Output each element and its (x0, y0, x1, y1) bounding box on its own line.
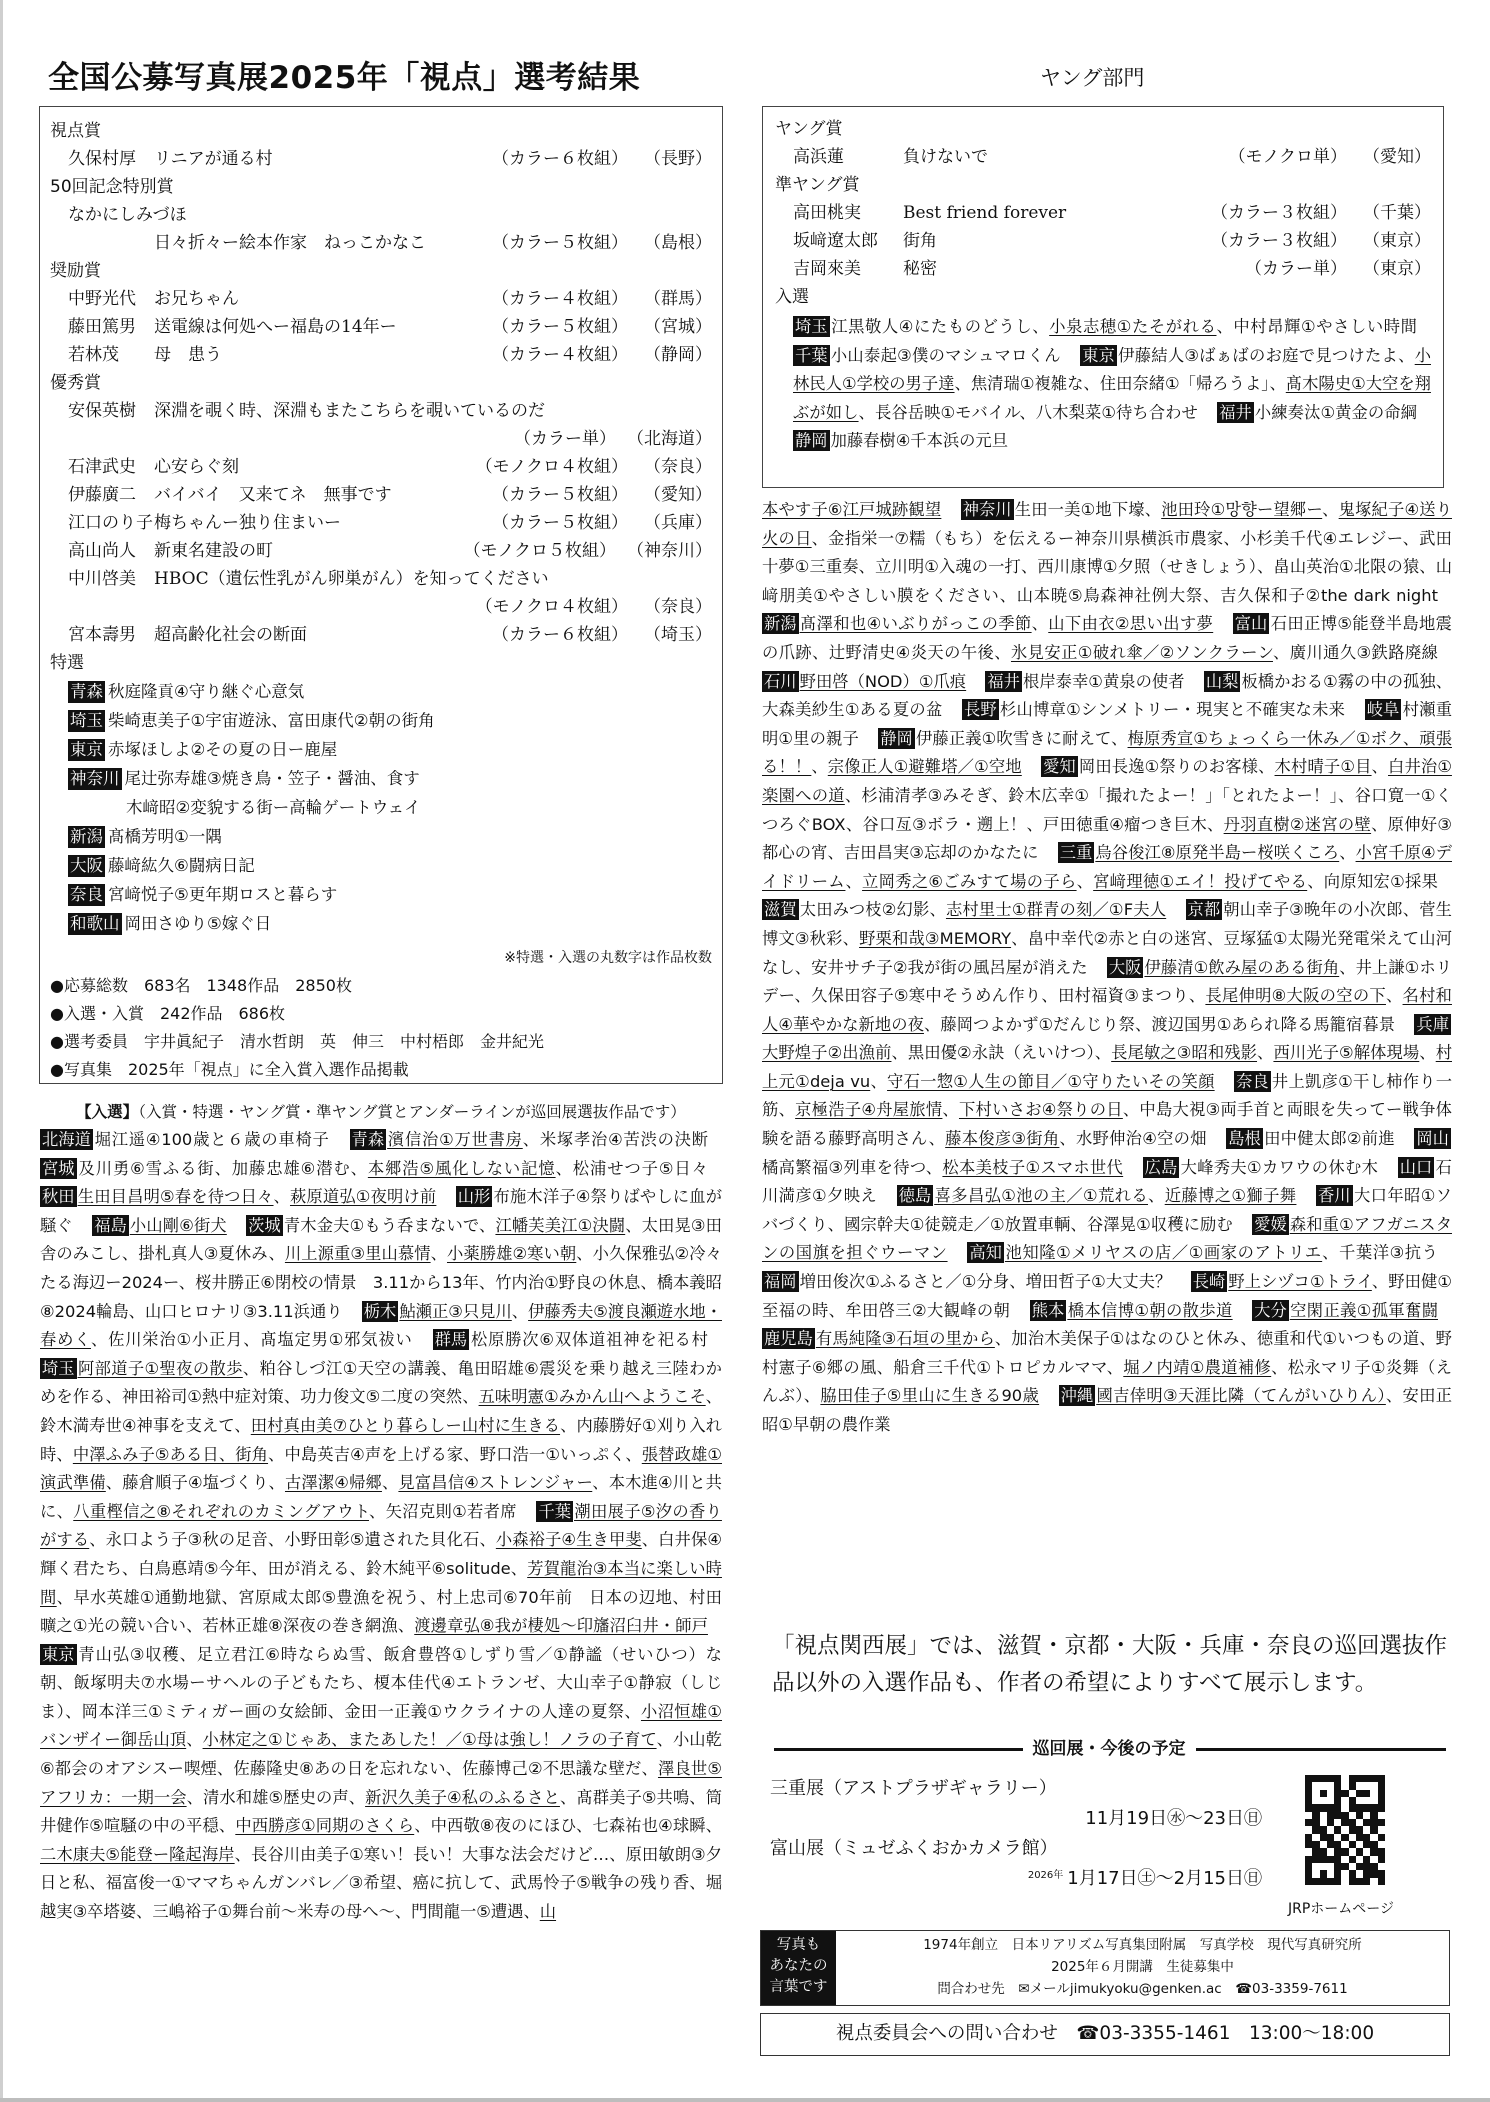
entry: 黒田優②永訣（えいけつ） (908, 1043, 1095, 1062)
separator: 、 (350, 1559, 366, 1578)
separator: 、 (1111, 729, 1127, 748)
separator: 、 (1240, 1329, 1256, 1348)
qr-module (1334, 1790, 1341, 1797)
entry: 牟田啓三②大観峰の朝 (845, 1301, 1010, 1320)
work-title: 秘密 (903, 255, 937, 283)
prefecture-tag: 埼玉 (40, 1358, 77, 1379)
prefecture-tag: 和歌山 (68, 913, 122, 935)
entrant-name: 高山尚人 (68, 537, 136, 565)
separator: 、 (106, 1473, 122, 1492)
entry-underlined: 髙澤和也④いぶりがっこの季節 (800, 614, 1032, 633)
entry: 水野伸治④空の畑 (1076, 1129, 1207, 1148)
qr-module (1334, 1870, 1341, 1877)
prefecture: （長野） (644, 145, 712, 173)
entry: 山本暁⑤鳥森神社例大祭 (1017, 586, 1203, 605)
separator: 、 (624, 1702, 641, 1721)
entry: 髙群美子⑤共鳴 (576, 1788, 689, 1807)
separator: 、 (395, 1902, 411, 1921)
separator: 、 (357, 1673, 374, 1692)
prefecture-tag: 沖縄 (1059, 1385, 1096, 1406)
work-title: 新東名建設の町 (154, 537, 273, 565)
separator: 、 (234, 1416, 250, 1435)
qr-module (1341, 1863, 1348, 1870)
work-format: （カラー４枚組） (492, 285, 628, 313)
entry: 鈴木広幸①「撮れたよー！」「とれたよー！」 (1008, 786, 1338, 805)
separator: 、 (870, 1072, 887, 1091)
entry-underlined: 伊藤清①飲み屋のある街角 (1144, 958, 1339, 977)
qr-module (1341, 1775, 1348, 1782)
entry: 中西敬⑧夜のにほひ (431, 1816, 576, 1835)
qr-module (1334, 1826, 1341, 1833)
separator: 、 (187, 1788, 203, 1807)
prefecture-tag: 長野 (962, 699, 999, 720)
entry: 佐藤博己②不思議な壁だ (462, 1759, 641, 1778)
entry-underlined: 山下由衣②思い出す夢 (1048, 614, 1213, 633)
entry: 小杉美千代④エレジー (1240, 529, 1403, 548)
qr-module (1378, 1841, 1385, 1848)
separator: 、 (1077, 872, 1094, 891)
separator: 、 (1009, 1272, 1025, 1291)
entry: 西川康博①夕照（せきしょう） (1037, 557, 1257, 576)
page-title: 全国公募写真展2025年「視点」選考結果 (48, 52, 640, 97)
entrant-name: なかにしみづほ (68, 201, 187, 229)
entry: 青木金夫①もう呑まないで (284, 1216, 479, 1235)
separator: 、 (642, 1530, 658, 1549)
badge-line: 言葉です (761, 1977, 836, 1998)
qr-module (1356, 1775, 1363, 1782)
qr-module (1320, 1797, 1327, 1804)
entry: 青山弘③収穫 (78, 1645, 180, 1664)
tour-venue-mie: 三重展（アストプラザギャラリー） (770, 1774, 1057, 1800)
separator: 、 (235, 1845, 251, 1864)
entry-underlined: 宮﨑理徳①エイ！投げてやる (1093, 872, 1307, 891)
tokusen-entry: 木﨑昭②変貌する街ー高輪ゲートウェイ (50, 793, 712, 822)
prefecture-tag: 山口 (1398, 1157, 1435, 1178)
tour-dates-toyama: 2026年1月17日㊏～2月15日㊐ (1028, 1864, 1262, 1890)
kansai-notice: 「視点関西展」では、滋賀・京都・大阪・兵庫・奈良の巡回選抜作品以外の入選作品も、… (772, 1628, 1462, 1702)
entry: 大森美紗生①ある夏の盆 (762, 700, 943, 719)
entry: 村上忠司⑥70年前 日本の辺地 (436, 1588, 672, 1607)
prefecture-group: 石川野田啓（NOD）①爪痕 (762, 672, 966, 691)
category-shiten-sho: 視点賞 (50, 117, 712, 145)
entry-underlined: 國吉倖明③天涯比隣（てんがいひりん） (1096, 1386, 1386, 1405)
qr-module (1356, 1826, 1363, 1833)
entry-underlined: 本やす子⑥江戸城跡観望 (762, 500, 941, 519)
entry: 矢沼克則①若者席 (386, 1502, 517, 1521)
separator: 、 (845, 872, 862, 891)
entry: 早水英雄①通勤地獄 (73, 1588, 221, 1607)
entry: 杉山博章①シンメトリー・現実と不確実な未来 (1000, 700, 1346, 719)
prefecture-group: 福岡増田俊次①ふるさと／①分身、増田哲子①大丈夫？ (762, 1272, 1171, 1291)
work-title: お兄ちゃん (154, 285, 239, 313)
prefecture-tag: 東京 (68, 739, 105, 761)
separator: 、 (243, 1330, 260, 1349)
entrant-name: 中川啓美 (68, 565, 136, 593)
separator: 、 (779, 1100, 796, 1119)
qr-module (1363, 1782, 1370, 1789)
entry: 三嶋裕子①舞台前～米寿の母へ～ (152, 1902, 395, 1921)
tokusen-entry: 奈良宮﨑悦子⑤更年期ロスと暮らす (50, 880, 712, 909)
entry: 米塚孝治④苦渋の決断 (540, 1130, 708, 1149)
qr-module (1349, 1790, 1356, 1797)
separator: 、 (1207, 815, 1224, 834)
prefecture-tag: 茨城 (246, 1215, 283, 1236)
separator: 、 (843, 929, 859, 948)
prefecture-group: 高知池知隆①メリヤスの店／①画家のアトリエ、千葉洋③抗う (967, 1243, 1438, 1262)
qr-module (1327, 1790, 1334, 1797)
prefecture: （奈良） (644, 593, 712, 621)
prefecture-tag: 新潟 (762, 613, 799, 634)
separator: 、 (706, 1387, 722, 1406)
nyusen-left-column: 【入選】（入賞・特選・ヤング賞・準ヤング賞とアンダーラインが巡回展選抜作品です）… (40, 1098, 722, 1927)
qr-module (1334, 1841, 1341, 1848)
entry-underlined: 小山剛⑥街犬 (130, 1216, 227, 1235)
entry: 田村福資③まつり (1058, 986, 1189, 1005)
tokusen-entry: 新潟髙橋芳明①一隅 (50, 822, 712, 851)
entry-underlined: 空閑正義①孤軍奮闘 (1290, 1301, 1438, 1320)
qr-module (1349, 1834, 1356, 1841)
entry: 渡辺国男①あられ降る馬籠宿暮景 (1151, 1015, 1395, 1034)
young-box: ヤング賞 高浜蓮 負けないで （モノクロ単） （愛知） 準ヤング賞 高田桃実 B… (762, 106, 1444, 488)
entry-underlined: 立岡秀之⑥ごみすて場の子ら (862, 872, 1077, 891)
qr-module (1349, 1826, 1356, 1833)
award-entry: 中川啓美 HBOC（遺伝性乳がん卵巣がん）を知ってください (50, 565, 712, 593)
entry-underlined: 西川光子⑤解体現場 (1273, 1043, 1419, 1062)
entry-underlined: 烏谷俊江⑧原発半島ー桜咲くころ (1095, 843, 1339, 862)
separator: 、 (1386, 1386, 1403, 1405)
prefecture-group: 徳島喜多昌弘①池の主／①荒れる、近藤博之①獅子舞 (897, 1186, 1297, 1205)
stats-list: ●応募総数 683名 1348作品 2850枚●入選・入賞 242作品 686枚… (50, 972, 712, 1084)
entry: 榎本佳代④エトランゼ (374, 1673, 540, 1692)
entry: 小野田彰⑤遺された貝化石 (284, 1530, 479, 1549)
qr-module (1334, 1782, 1341, 1789)
separator: 、 (89, 1873, 105, 1892)
entry-text: 宮﨑悦子⑤更年期ロスと暮らす (108, 885, 337, 904)
qr-module (1305, 1797, 1312, 1804)
qr-module (1327, 1819, 1334, 1826)
qr-module (1356, 1856, 1363, 1863)
prefecture-group: 北海道堀江遥④100歳と６歳の車椅子 (40, 1130, 330, 1149)
work-title: 日々折々ー絵本作家 ねっこかなこ (154, 229, 426, 257)
separator: 、 (89, 1530, 105, 1549)
separator: 、 (1339, 958, 1355, 977)
entry: 増田俊次①ふるさと／①分身 (800, 1272, 1010, 1291)
prefecture-tag: 大阪 (1107, 957, 1144, 978)
qr-module (1363, 1848, 1370, 1855)
separator: 、 (1083, 374, 1099, 393)
entry: 足立君江⑥時ならぬ雪 (197, 1645, 367, 1664)
prefecture-tag: 埼玉 (68, 710, 105, 732)
prefecture-group: 新潟髙澤和也④いぶりがっこの季節、山下由衣②思い出す夢 (762, 614, 1213, 633)
footnote: ※特選・入選の丸数字は作品枚数 (50, 944, 712, 972)
award-entry: 吉岡來美 秘密 （カラー単） （東京） (775, 255, 1431, 283)
prefecture-tag: 群馬 (433, 1329, 470, 1350)
entry: 向原知宏①採果 (1324, 872, 1438, 891)
entry: 功力俊文⑤二度の突然 (300, 1387, 462, 1406)
separator: 、 (955, 374, 971, 393)
separator: 、 (284, 1387, 300, 1406)
qr-module (1334, 1804, 1341, 1811)
entry: 立川明①入魂の一打 (875, 557, 1021, 576)
separator: 、 (1419, 1329, 1435, 1348)
separator: 、 (57, 1673, 74, 1692)
qr-module (1363, 1870, 1370, 1877)
qr-module (1378, 1797, 1385, 1804)
entry: 廣川通久③鉄路廃線 (1290, 643, 1438, 662)
qr-module (1312, 1856, 1319, 1863)
qr-module (1305, 1775, 1312, 1782)
separator: 、 (859, 557, 875, 576)
separator: 、 (1070, 1215, 1086, 1234)
separator: 、 (523, 1130, 540, 1149)
entry: 住田奈緒①「帰ろうよ」 (1100, 374, 1270, 393)
separator: 、 (829, 1301, 846, 1320)
work-format: （カラー５枚組） (492, 313, 628, 341)
prefecture-tag: 福井 (1217, 402, 1254, 423)
prefecture-group: 福島小山剛⑥街犬 (92, 1216, 227, 1235)
tokusen-entry: 和歌山岡田さゆり⑤嫁ぐ日 (50, 909, 712, 938)
tokusen-entry: 埼玉柴崎恵美子①宇宙遊泳、富田康代②朝の街角 (50, 706, 712, 735)
qr-module (1341, 1878, 1348, 1885)
work-format: （カラー３枚組） (1211, 199, 1347, 227)
entry-underlined: 本郷浩⑤風化しない記憶 (368, 1159, 556, 1178)
work-title: バイバイ 又来てネ 無事です (154, 481, 392, 509)
prefecture-tag: 奈良 (1234, 1071, 1271, 1092)
qr-module (1312, 1848, 1319, 1855)
entry: 神田裕司①熱中症対策 (122, 1387, 284, 1406)
work-format: （カラー５枚組） (492, 481, 628, 509)
school-info: 1974年創立 日本リアリズム写真集団附属 写真学校 現代写真研究所 2025年… (836, 1931, 1449, 2005)
separator: 、 (845, 786, 862, 805)
separator: 、 (180, 1645, 197, 1664)
separator: 、 (369, 1502, 386, 1521)
work-title: 送電線は何処へー福島の14年ー (154, 313, 397, 341)
entry-underlined: 新沢久美子④私のふるさと (365, 1788, 560, 1807)
qr-module (1378, 1804, 1385, 1811)
entry: 飯塚明夫⑦水場ーサヘルの子どもたち (74, 1673, 357, 1692)
separator: 、 (268, 1445, 284, 1464)
entry: 七森祐也④球瞬 (592, 1816, 705, 1835)
category-jun-young-sho: 準ヤング賞 (775, 171, 1431, 199)
separator: 、 (1041, 986, 1058, 1005)
qr-module (1305, 1878, 1312, 1885)
separator: 、 (1307, 872, 1324, 891)
entry-underlined: 川上源重③里山慕情 (285, 1244, 431, 1263)
entry: 辻野清史④炎天の午後 (829, 643, 994, 662)
entry: 安井サチ子②我が街の風呂屋が消えた (811, 958, 1087, 977)
separator: 、 (1403, 900, 1419, 919)
entry: 加藤忠雄⑥潜む (232, 1159, 351, 1178)
qr-module (1320, 1841, 1327, 1848)
entry-underlined: 近藤博之①獅子舞 (1165, 1186, 1297, 1205)
tour-date-text: 1月17日㊏～2月15日㊐ (1067, 1868, 1262, 1889)
qr-module (1349, 1863, 1356, 1870)
separator: 、 (243, 1359, 260, 1378)
entry-underlined: 守石一惣①人生の節目／①守りたいその笑顔 (887, 1072, 1215, 1091)
young-section-title: ヤング部門 (1040, 62, 1144, 92)
prefecture: （愛知） (644, 481, 712, 509)
entry: 清水和雄⑤歴史の声 (203, 1788, 349, 1807)
qr-module (1356, 1863, 1363, 1870)
entry: 畠山英治①北限の猿 (1273, 557, 1419, 576)
qr-module (1363, 1841, 1370, 1848)
qr-module (1334, 1863, 1341, 1870)
entry: 千葉洋③抗う (1339, 1243, 1438, 1262)
prefecture-tag: 福岡 (762, 1271, 799, 1292)
work-title: 母 患う (154, 341, 222, 369)
separator: 、 (859, 403, 875, 422)
separator: 、 (1372, 1272, 1388, 1291)
separator: 、 (1032, 614, 1049, 633)
qr-module (1349, 1797, 1356, 1804)
separator: 、 (560, 1788, 576, 1807)
prefecture-tag: 岐阜 (1365, 699, 1402, 720)
qr-module (1327, 1797, 1334, 1804)
entry: 長谷川由美子①寒い！長い！大事な法会だけど… (251, 1845, 609, 1864)
entry: 谷澤晃①収穫に励む (1087, 1215, 1233, 1234)
separator: 、 (689, 1788, 705, 1807)
qr-module (1370, 1863, 1377, 1870)
qr-module (1370, 1804, 1377, 1811)
entry: 竹内治①野良の休息 (495, 1273, 640, 1292)
prefecture-tag: 滋賀 (762, 899, 799, 920)
category-tokusen: 特選 (50, 649, 712, 677)
separator: 、 (57, 1588, 74, 1607)
prefecture-group: 福井小練奏汰①黄金の命綱 (1217, 403, 1417, 422)
entry-underlined: 阿部道子①聖夜の散歩 (78, 1359, 243, 1378)
qr-code[interactable] (1305, 1775, 1385, 1885)
separator: 、 (414, 1816, 430, 1835)
qr-module (1312, 1826, 1319, 1833)
separator: 、 (328, 1702, 345, 1721)
prefecture-tag: 富山 (1233, 613, 1270, 634)
separator: 、 (1026, 815, 1043, 834)
entry-text: 尾辻弥寿雄③焼き鳥・笠子・醤油、食す (125, 769, 420, 788)
tokusen-entry: 東京赤塚ほしよ②その夏の日ー鹿屋 (50, 735, 712, 764)
entry: 福富俊一①ママちゃんガンバレ／③希望、癌に抗して (106, 1873, 495, 1892)
separator: 、 (827, 843, 843, 862)
school-line-1: 1974年創立 日本リアリズム写真集団附属 写真学校 現代写真研究所 (836, 1934, 1449, 1956)
qr-module (1305, 1856, 1312, 1863)
prefecture-group: 福井根岸泰幸①黄泉の使者 (985, 672, 1184, 691)
prefecture-tag: 岡山 (1414, 1128, 1451, 1149)
separator: 、 (1145, 500, 1161, 519)
work-format: （モノクロ単） (1229, 143, 1347, 171)
work-format: （カラー４枚組） (492, 341, 628, 369)
qr-module (1349, 1819, 1356, 1826)
entrant-name: 宮本壽男 (68, 621, 136, 649)
separator: 、 (804, 1386, 821, 1405)
qr-module (1312, 1878, 1319, 1885)
nyusen-right-list: 本やす子⑥江戸城跡観望 神奈川生田一美①地下壕、池田玲①망향ー望郷ー、鬼塚紀子④… (762, 496, 1452, 1440)
separator: 、 (1011, 929, 1028, 948)
qr-module (1312, 1797, 1319, 1804)
qr-module (1312, 1804, 1319, 1811)
nyusen-heading: 【入選】（入賞・特選・ヤング賞・準ヤング賞とアンダーラインが巡回展選抜作品です） (40, 1098, 722, 1126)
awards-box: 視点賞 久保村厚 リニアが通る村 （カラー６枚組） （長野） 50回記念特別賞 … (39, 106, 723, 1084)
prefecture-tag: 栃木 (362, 1301, 399, 1322)
qr-module (1356, 1790, 1363, 1797)
separator: 、 (625, 1445, 641, 1464)
entry: 吉田昌実③忘却のかなたに (844, 843, 1039, 862)
qr-module (1378, 1834, 1385, 1841)
entry-underlined: 中澤ふみ子⑤ある日、街角 (73, 1445, 268, 1464)
entry: 畠中幸代②赤と白の迷宮 (1028, 929, 1207, 948)
committee-contact: 視点委員会への問い合わせ ☎03-3355-1461 13:00～18:00 (760, 2013, 1450, 2056)
separator: 、 (222, 1588, 239, 1607)
badge-line: あなたの (761, 1956, 836, 1977)
qr-module (1312, 1812, 1319, 1819)
entry-underlined: 池知隆①メリヤスの店／①画家のアトリエ (1005, 1243, 1322, 1262)
separator: 、 (1189, 986, 1206, 1005)
award-entry: 江口のり子 梅ちゃんー独り住まいー （カラー５枚組） （兵庫） (50, 509, 712, 537)
separator: 、 (479, 1216, 495, 1235)
entry: 大峰秀夫①カワウの休む木 (1180, 1158, 1378, 1177)
page-edge (0, 0, 3, 2102)
prefecture-tag: 香川 (1316, 1185, 1353, 1206)
qr-module (1305, 1834, 1312, 1841)
qr-module (1356, 1841, 1363, 1848)
qr-module (1370, 1856, 1377, 1863)
separator: 、 (1107, 1358, 1124, 1377)
separator: 、 (91, 1330, 108, 1349)
separator: 、 (1339, 843, 1355, 862)
prefecture-group: 熊本橋本信博①朝の散歩道 (1030, 1301, 1233, 1320)
separator: 、 (1257, 557, 1273, 576)
prefecture: （埼玉） (644, 621, 712, 649)
entry: 太田みつ枝②幻影 (800, 900, 930, 919)
entry: 若林正雄⑧深夜の巻き網漁 (203, 1616, 398, 1635)
entry-underlined: 松本美枝子①スマホ世代 (942, 1158, 1123, 1177)
entry: 中島英吉④声を上げる家 (284, 1445, 463, 1464)
award-entry: 石津武史 心安らぐ刻 （モノクロ４枚組） （奈良） (50, 453, 712, 481)
school-line-2: 2025年６月開講 生徒募集中 (836, 1956, 1449, 1978)
entry: 橘高繁福③列車を待つ (762, 1158, 926, 1177)
prefecture-group: 滋賀太田みつ枝②幻影、志村里士①群青の刻／①F夫人 (762, 900, 1166, 919)
separator: 、 (186, 1616, 202, 1635)
entry-underlined: 濱信治①万世書房 (387, 1130, 523, 1149)
prefecture-tag: 青森 (350, 1129, 387, 1150)
qr-module (1327, 1834, 1334, 1841)
qr-module (1349, 1812, 1356, 1819)
entry: 杉浦清孝③みそぎ (861, 786, 991, 805)
separator: 、 (217, 1759, 233, 1778)
qr-module (1349, 1856, 1356, 1863)
separator: 、 (462, 1387, 478, 1406)
qr-module (1370, 1812, 1377, 1819)
qr-module (1378, 1812, 1385, 1819)
entry-underlined: 田村真由美⑦ひとり暮らしー山村に生きる (251, 1416, 560, 1435)
qr-module (1356, 1804, 1363, 1811)
qr-module (1341, 1870, 1348, 1877)
entry: 焦清瑞①複雑な (971, 374, 1084, 393)
qr-module (1334, 1878, 1341, 1885)
nyusen-heading-label: 【入選】 (76, 1103, 138, 1121)
page-edge (0, 2098, 1490, 2102)
entry: 加治木美保子①はなのひと休み (1011, 1329, 1240, 1348)
qr-module (1327, 1804, 1334, 1811)
work-title: 負けないで (903, 143, 988, 171)
qr-module (1305, 1782, 1312, 1789)
qr-module (1334, 1797, 1341, 1804)
award-entry: 藤田篤男 送電線は何処へー福島の14年ー （カラー５枚組） （宮城） (50, 313, 712, 341)
entry-underlined: 藤本俊彦③街角 (945, 1129, 1059, 1148)
prefecture-group: 埼玉江黒敬人④にたものどうし、小泉志穂①たそがれる、中村昂輝①やさしい時間 (793, 317, 1417, 336)
separator: 、 (560, 1416, 576, 1435)
separator: 、 (1419, 557, 1435, 576)
work-format: （モノクロ４枚組） (476, 593, 628, 621)
entry: 久保田容子⑤寒中そうめん作り (811, 986, 1041, 1005)
